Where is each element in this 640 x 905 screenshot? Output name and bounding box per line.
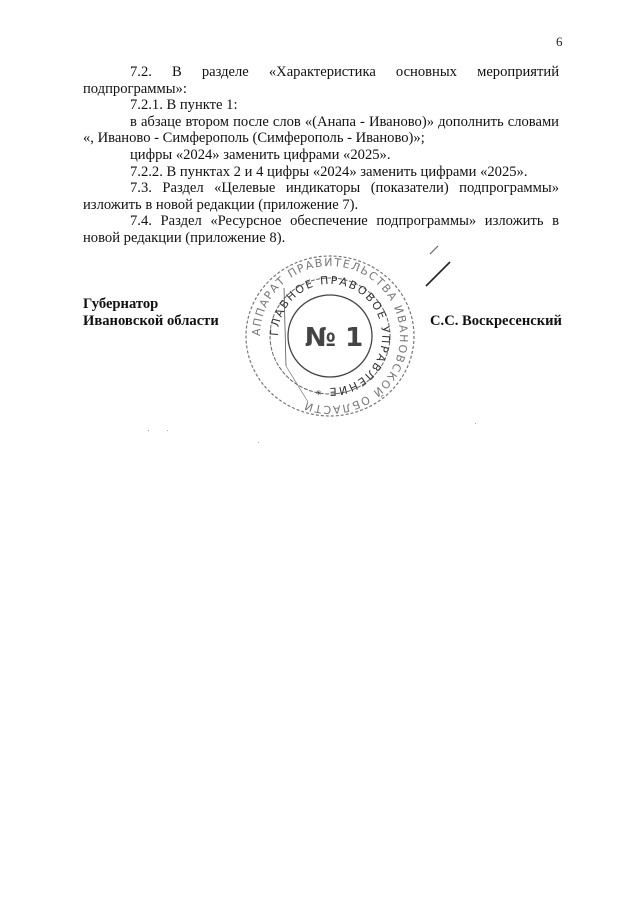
official-seal-stamp: АППАРАТ ПРАВИТЕЛЬСТВА ИВАНОВСКОЙ ОБЛАСТИ… [236,252,424,420]
paragraph-7-2-continuation: подпрограммы»: [83,81,559,98]
paragraph-7-2-1-a-continuation: «, Иваново - Симферополь (Симферополь - … [83,130,559,147]
handwritten-signature-icon [418,244,468,292]
signatory-title: Губернатор Ивановской области [83,296,219,329]
signatory-title-line1: Губернатор [83,296,219,313]
document-body: 7.2. В разделе «Характеристика основных … [83,64,559,247]
page-number: 6 [556,34,563,50]
paragraph-7-2-2: 7.2.2. В пунктах 2 и 4 цифры «2024» заме… [83,164,559,181]
scan-speck [258,442,259,443]
signatory-name: С.С. Воскресенский [430,313,562,330]
paragraph-7-3: 7.3. Раздел «Целевые индикаторы (показат… [83,180,559,213]
scan-speck [167,430,168,431]
signatory-title-line2: Ивановской области [83,313,219,330]
paragraph-7-2-1-a: в абзаце втором после слов «(Анапа - Ива… [83,114,559,131]
paragraph-7-2-1-b: цифры «2024» заменить цифрами «2025». [83,147,559,164]
stamp-center-number: № 1 [305,323,363,353]
scan-speck [475,423,476,424]
scan-speck [148,430,149,431]
paragraph-7-2: 7.2. В разделе «Характеристика основных … [83,64,559,81]
document-page: 6 7.2. В разделе «Характеристика основны… [0,0,640,905]
paragraph-7-2-1: 7.2.1. В пункте 1: [83,97,559,114]
paragraph-7-4: 7.4. Раздел «Ресурсное обеспечение подпр… [83,213,559,246]
